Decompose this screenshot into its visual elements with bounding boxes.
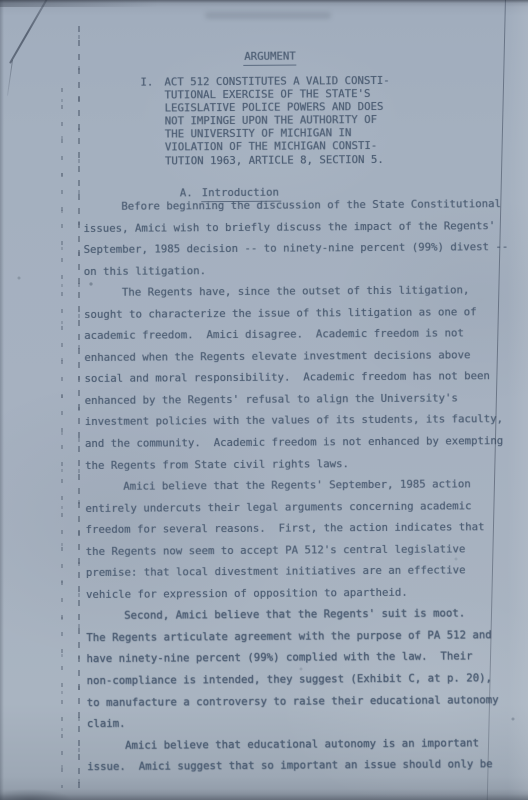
body-line: September, 1985 decision -- to ninety-ni… bbox=[84, 236, 514, 261]
issue-heading-line: VIOLATION OF THE MICHIGAN CONSTI- bbox=[165, 139, 390, 154]
body-line: The Regents have, since the outset of th… bbox=[84, 279, 514, 304]
paragraph-2: The Regents have, since the outset of th… bbox=[84, 279, 515, 476]
issue-heading: I. ACT 512 CONSTITUTES A VALID CONSTI- T… bbox=[140, 74, 390, 167]
body-line: premise: that local divestment initiativ… bbox=[86, 559, 516, 584]
body-line: enhanced by the Regents' refusal to alig… bbox=[85, 387, 515, 412]
paragraph-1: Before beginning the discussion of the S… bbox=[83, 193, 514, 282]
body-line: freedom for several reasons. First, the … bbox=[85, 516, 515, 541]
issue-heading-line: TUTION 1963, ARTICLE 8, SECTION 5. bbox=[165, 152, 390, 167]
body-line: to manufacture a controversy to raise th… bbox=[87, 689, 517, 714]
body-line: on this litigation. bbox=[84, 258, 514, 283]
body-line: Amici believe that the Regents' Septembe… bbox=[85, 473, 515, 498]
body-line: academic freedom. Amici disagree. Academ… bbox=[84, 322, 514, 347]
body-line: vehicle for expression of opposition to … bbox=[86, 581, 516, 606]
body-line: have ninety-nine percent (99%) complied … bbox=[86, 646, 516, 671]
body-line: entirely undercuts their legal arguments… bbox=[85, 495, 515, 520]
body-line: and the community. Academic freedom is n… bbox=[85, 430, 515, 455]
body-line: Before beginning the discussion of the S… bbox=[83, 193, 513, 218]
issue-heading-line: NOT IMPINGE UPON THE AUTHORITY OF bbox=[165, 113, 390, 128]
body-line: Second, Amici believe that the Regents' … bbox=[86, 602, 516, 627]
body-line: Amici believe that educational autonomy … bbox=[87, 732, 517, 757]
body-line: issue. Amici suggest that so important a… bbox=[87, 753, 517, 778]
body-line: issues, Amici wish to briefly discuss th… bbox=[83, 215, 513, 240]
typewritten-text-block: ARGUMENT I. ACT 512 CONSTITUTES A VALID … bbox=[0, 0, 528, 800]
photo-bottom-edge bbox=[0, 789, 528, 800]
issue-heading-lines: ACT 512 CONSTITUTES A VALID CONSTI- TUTI… bbox=[164, 74, 390, 167]
paragraph-3: Amici believe that the Regents' Septembe… bbox=[85, 473, 516, 605]
body-line: The Regents articulate agreement with th… bbox=[86, 624, 516, 649]
body-line: enhanced when the Regents elevate invest… bbox=[84, 344, 514, 369]
body-line: the Regents now seem to accept PA 512's … bbox=[86, 538, 516, 563]
paragraph-5: Amici believe that educational autonomy … bbox=[87, 732, 517, 778]
argument-heading: ARGUMENT bbox=[243, 50, 297, 66]
body-line: investment policies with the values of i… bbox=[85, 409, 515, 434]
right-margin-lightening bbox=[508, 0, 528, 800]
photo-top-edge bbox=[0, 0, 528, 7]
body-text: Before beginning the discussion of the S… bbox=[83, 193, 517, 778]
body-line: non-compliance is intended, they suggest… bbox=[87, 667, 517, 692]
body-line: social and moral responsibility. Academi… bbox=[84, 365, 514, 390]
photo-left-edge bbox=[0, 0, 4, 800]
issue-heading-number: I. bbox=[140, 75, 165, 167]
paragraph-4: Second, Amici believe that the Regents' … bbox=[86, 602, 517, 734]
scanned-page: ARGUMENT I. ACT 512 CONSTITUTES A VALID … bbox=[0, 0, 528, 800]
body-line: the Regents from State civil rights laws… bbox=[85, 452, 515, 477]
body-line: sought to characterize the issue of this… bbox=[84, 301, 514, 326]
body-line: claim. bbox=[87, 710, 517, 735]
